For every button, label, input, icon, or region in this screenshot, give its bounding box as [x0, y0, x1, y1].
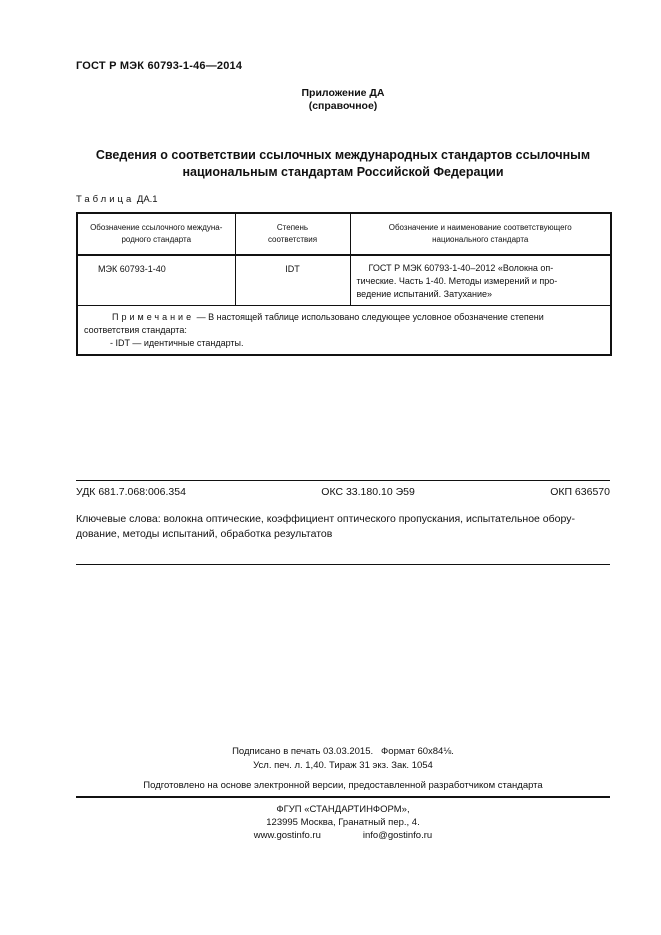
keywords: Ключевые слова: волокна оптические, коэф…: [76, 512, 610, 542]
cell-degree: IDT: [235, 255, 350, 306]
note-word: Примечание: [112, 312, 194, 322]
udk-code: УДК 681.7.068:006.354: [76, 486, 186, 498]
okp-code: ОКП 636570: [550, 486, 610, 498]
note-line-3: - IDT — идентичные стандарты.: [84, 337, 604, 350]
correspondence-table: Обозначение ссылочного междуна- родного …: [76, 212, 612, 356]
table-note: Примечание — В настоящей таблице использ…: [77, 306, 611, 356]
imprint-block: Подписано в печать 03.03.2015. Формат 60…: [76, 745, 610, 793]
annex-heading: Приложение ДА (справочное): [76, 87, 610, 113]
divider-below-keywords: [76, 564, 610, 565]
document-page: ГОСТ Р МЭК 60793-1-46—2014 Приложение ДА…: [0, 0, 661, 935]
classification-codes: УДК 681.7.068:006.354 ОКС 33.180.10 Э59 …: [76, 486, 610, 498]
table-header-row: Обозначение ссылочного междуна- родного …: [77, 213, 611, 255]
imprint-line-1: Подписано в печать 03.03.2015. Формат 60…: [76, 745, 610, 759]
imprint-line-2: Усл. печ. л. 1,40. Тираж 31 экз. Зак. 10…: [76, 759, 610, 773]
table-label-word: Таблица: [76, 194, 134, 205]
note-line-2: соответствия стандарта:: [84, 324, 604, 337]
publisher-email: info@gostinfo.ru: [363, 829, 432, 842]
cell-reference-standard: МЭК 60793-1-40: [77, 255, 235, 306]
note-line-1: Примечание — В настоящей таблице использ…: [84, 311, 604, 324]
publisher-address: 123995 Москва, Гранатный пер., 4.: [76, 816, 610, 829]
doc-number: ГОСТ Р МЭК 60793-1-46—2014: [76, 60, 610, 72]
table-label-number: ДА.1: [137, 194, 158, 205]
col-header-national-standard: Обозначение и наименование соответствующ…: [350, 213, 611, 255]
imprint-prepared: Подготовлено на основе электронной верси…: [76, 779, 610, 793]
publisher-name: ФГУП «СТАНДАРТИНФОРМ»,: [76, 803, 610, 816]
col-header-degree: Степень соответствия: [235, 213, 350, 255]
publisher-contacts: www.gostinfo.ru info@gostinfo.ru: [254, 829, 432, 842]
note-line1-rest: — В настоящей таблице использовано следу…: [194, 312, 544, 322]
divider-above-publisher: [76, 796, 610, 798]
page-title: Сведения о соответствии ссылочных междун…: [76, 147, 610, 181]
table-note-row: Примечание — В настоящей таблице использ…: [77, 306, 611, 356]
cell-national-standard: ГОСТ Р МЭК 60793-1-40–2012 «Волокна оп- …: [350, 255, 611, 306]
table-row: МЭК 60793-1-40 IDT ГОСТ Р МЭК 60793-1-40…: [77, 255, 611, 306]
table-label: Таблица ДА.1: [76, 194, 610, 205]
col-header-reference-standard: Обозначение ссылочного междуна- родного …: [77, 213, 235, 255]
oks-code: ОКС 33.180.10 Э59: [321, 486, 415, 498]
publisher-website: www.gostinfo.ru: [254, 829, 321, 842]
divider-above-codes: [76, 480, 610, 481]
publisher-block: ФГУП «СТАНДАРТИНФОРМ», 123995 Москва, Гр…: [76, 803, 610, 842]
